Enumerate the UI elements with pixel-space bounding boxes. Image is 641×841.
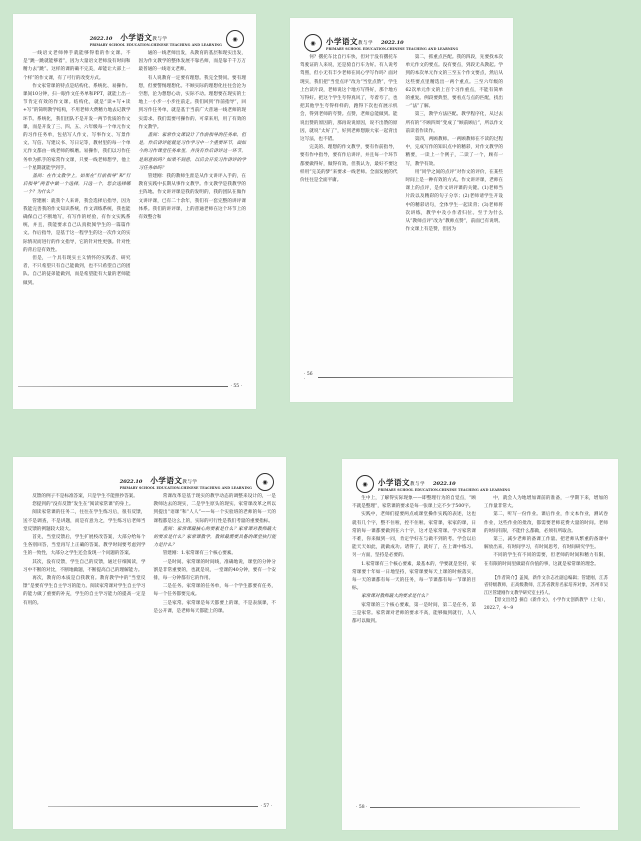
- author-bio: 【作者简介】盖阅，新作文杂志社副总编辑；管建刚，江苏省特级教师，正高级教师，江苏…: [484, 575, 608, 598]
- magazine-title: 小学语文教与学: [120, 32, 167, 43]
- footer-rule: [318, 377, 513, 378]
- interview-question: 家常课对教师最大的要求是什么？: [352, 593, 476, 601]
- paragraph: 第二，听写一份作业。课后作业，作文本作业，测试卷作业，这些作业的批改，都需要老师…: [484, 511, 608, 536]
- paragraph: 一线语文老师伸手就能够得着的作文课。不是“跳一跳就能够着”，因为大量语文老师没有…: [23, 50, 131, 83]
- paragraph: 通的一线老师出发，从教育的基层和现实出发，因为作文教学的整体发展不靠名师，而是靠…: [139, 50, 247, 75]
- page-header: 2022.10 小学语文教与学 PRIMARY SCHOOL EDUCATION…: [120, 473, 274, 491]
- page-number: · 57 ·: [261, 804, 272, 809]
- magazine-logo-icon: ◉: [226, 30, 244, 48]
- paragraph: 第三，减少老师的备课工作量。把老师从繁重的备课中解放出来，有时间学习，有时间思考…: [484, 536, 608, 552]
- paragraph: 反馈的例子不是标准答案，只是学生不能照抄答案。: [23, 493, 146, 501]
- text-column-left: 生中上，了解得实际现象——即整理行为的自觉点，“顾不就是整理”，家常课的要求是每…: [352, 495, 476, 626]
- footer-rule: [48, 806, 258, 807]
- source-citation: 【原文出处】摘自《新作文》，小学作文创新教学（上旬），2022.7，4～9: [484, 597, 608, 612]
- paragraph: 用“同学之间的点评”对作文的评价，在某些时间上是一种有效的方式。作文讲评课，老师…: [406, 169, 504, 235]
- magazine-english-title: PRIMARY SCHOOL EDUCATION.CHINESE TEACHIN…: [120, 486, 252, 490]
- paragraph: 三是家常。家常课是每天都要上的课，不是表演课，不是公开课，是老师每天都能上的课。: [154, 600, 277, 616]
- issue-date: 2022.10: [120, 479, 143, 485]
- magazine-title: 小学语文教与学: [326, 36, 373, 47]
- magazine-english-title: PRIMARY SCHOOL EDUCATION.CHINESE TEACHIN…: [378, 488, 510, 492]
- text-column-left: 何？撂托车比自行车快，但对于没有撂托车驾驶证的人来说，还是骑自行车为好。有人说考…: [300, 54, 398, 234]
- magazine-english-title: PRIMARY SCHOOL EDUCATION.CHINESE TEACHIN…: [326, 47, 458, 51]
- text-column-right: 常课改革是基于现实的教学动态的调整来设计的，一是教师达去的现实，二是学生原头的现…: [154, 493, 277, 616]
- paragraph: 其次，没有反馈，学生自己的反馈，通过仔细阅读，学习中不断的对比，不断地做题，不断…: [23, 559, 146, 575]
- page-footer: · 58 ·: [356, 805, 580, 810]
- issue-date: 2022.10: [381, 40, 404, 46]
- issue-date: 2022.10: [433, 481, 456, 487]
- paragraph: 实践中，老师们提要两点或课堂操作实践的表述，这也就有几个字，整不住啦，控不住啦。…: [352, 511, 476, 560]
- paragraph: 中，就会人为地增加课前的准备，一学期下来，增加的工作量非常大。: [484, 495, 608, 511]
- paragraph: 首先，当堂反馈后，学生扩展校改答案，大部分给每个生各别回答，当堂再写上正确的答案…: [23, 534, 146, 559]
- paragraph: 何？撂托车比自行车快，但对于没有撂托车驾驶证的人来说，还是骑自行车为好。有人说考…: [300, 54, 398, 144]
- text-column-left: 一线语文老师伸手就能够得着的作文课。不是“跳一跳就能够着”，因为大量语文老师没有…: [23, 50, 131, 288]
- magazine-title: 小学语文教与学: [150, 475, 197, 486]
- page-footer: · 55 ·: [18, 384, 242, 389]
- document-page-4: ◉ 小学语文教与学 2022.10 PRIMARY SCHOOL EDUCATI…: [342, 459, 618, 830]
- page-header: 2022.10 小学语文教与学 PRIMARY SCHOOL EDUCATION…: [90, 30, 244, 48]
- magazine-logo-icon: ◉: [356, 475, 374, 493]
- interview-answer: 管建刚：1.家常课有三个核心要素。: [154, 550, 277, 558]
- magazine-logo-icon: ◉: [304, 34, 322, 52]
- document-page-2: ◉ 小学语文教与学 2022.10 PRIMARY SCHOOL EDUCATI…: [290, 18, 513, 402]
- page-number: · 55 ·: [231, 384, 242, 389]
- paragraph: 不同的学生有不同的需要，但老师的时间和精力有限，在有限的时间里做最有价值的事，这…: [484, 552, 608, 568]
- interview-question: 盖阅：在作文教学上，如果在“行前指导”和“行后指导”两者中做一个选择，只选一个，…: [23, 173, 131, 198]
- paragraph: 1.家常课有三个核心要素，最基本的，学要就是坚持，家常课要十年如一日地坚持，家常…: [352, 561, 476, 594]
- footer-rule: [370, 807, 580, 808]
- paragraph: 家常课的三个核心要素，第一是时间，第二是任务，第三是家常。家常课对老师的要求不高…: [352, 602, 476, 627]
- interview-answer: 管建刚：我的教师生涯是从作文讲评入手的，在教育实践中长期从事作文教学。作文教学是…: [139, 173, 247, 222]
- page-header: ◉ 小学语文教与学 2022.10 PRIMARY SCHOOL EDUCATI…: [356, 475, 510, 493]
- paragraph: 完美的、理想的作文教学，要有作前指导，要有作中指导，要有作后讲评，并且每一个环节…: [300, 144, 398, 185]
- footer-rule: [18, 386, 228, 387]
- paragraph: 第三，教学方法匹配。教学程序化，从过去所有的“不顾四周”变成了“顾前顾后”，所以…: [406, 111, 504, 136]
- issue-date: 2022.10: [90, 36, 113, 42]
- page-number: · 58 ·: [356, 805, 367, 810]
- page-header: ◉ 小学语文教与学 2022.10 PRIMARY SCHOOL EDUCATI…: [304, 34, 458, 52]
- paragraph: 二是任务。家常课的任务单，每一个学生都要有任务，每一个任务都要完成。: [154, 583, 277, 599]
- interview-question: 盖阅：家常作文课设计了作前指导的任务单，但是，作后讲评能就是习作学习中一个重要环…: [139, 132, 247, 173]
- paragraph: 但是，一个具有现实主义情怀的实践者、研究者，不只希望只有自己能做到，也不只希望自…: [23, 255, 131, 288]
- page-number: · 56 ·: [304, 372, 315, 382]
- interview-answer: 管建刚：就我个人来讲，我会选择后指导，因为我能完善我的作文知识系统，作文训练系统…: [23, 198, 131, 255]
- document-page-1: 2022.10 小学语文教与学 PRIMARY SCHOOL EDUCATION…: [13, 14, 256, 409]
- paragraph: 再次，教育的本质是自我教育。教育教学中的“当堂反馈”是要有学生自主学习的能力。阅…: [23, 575, 146, 608]
- paragraph: 一是时间。家常课的时间线，准确地说，课堂的分钟分割是非常重要的，也就是说，一堂课…: [154, 559, 277, 584]
- text-column-right: 通的一线老师出发，从教育的基层和现实出发，因为作文教学的整体发展不靠名师，而是靠…: [139, 50, 247, 288]
- magazine-english-title: PRIMARY SCHOOL EDUCATION.CHINESE TEACHIN…: [90, 43, 222, 47]
- magazine-logo-icon: ◉: [256, 473, 274, 491]
- interview-question: 盖阅：家常课最核心的要素是什么？家常课对教师最大的要求是什么？家常课教学，教师最…: [154, 526, 277, 551]
- page-footer: · 56 ·: [304, 372, 513, 382]
- magazine-title: 小学语文教与学: [378, 477, 425, 488]
- text-column-right: 第二，抓重点匹配。我的四段，先要找本次单元作文的要点。没有要点，到段无从教起。学…: [406, 54, 504, 234]
- paragraph: 阅读家常课的任务二，往往在学生练习后，很有反馈，送不是调查，不是讲题，而是有意为…: [23, 509, 146, 534]
- author-references: 【作者简介】盖阅，新作文杂志社副总编辑；管建刚，江苏省特级教师，正高级教师，江苏…: [484, 575, 608, 613]
- paragraph: 作文家常课的特点是结构化、系统化、易操作。课间10分钟，扫一眼作文任务单和PPT…: [23, 83, 131, 173]
- paragraph: 第四，两顾教师。一两顾教师在不读的过程中，完成写作的知识点中的精彩，对作文教学的…: [406, 136, 504, 169]
- paragraph: 生中上，了解得实际现象——即整理行为的自觉点，“顾不就是整理”，家常课的要求是每…: [352, 495, 476, 511]
- page-footer: · 57 ·: [48, 804, 272, 809]
- paragraph: 有人说教育一定要有理想。我完全赞同。要有理想，但要警惕理想化。不顾实际的理想化往…: [139, 75, 247, 132]
- paragraph: 第二，抓重点匹配。我的四段，先要找本次单元作文的要点。没有要点，到段无从教起。学…: [406, 54, 504, 111]
- document-page-3: 2022.10 小学语文教与学 PRIMARY SCHOOL EDUCATION…: [13, 457, 286, 829]
- text-column-right: 中，就会人为地增加课前的准备，一学期下来，增加的工作量非常大。 第二，听写一份作…: [484, 495, 608, 626]
- paragraph: 常课改革是基于现实的教学动态的调整来设计的，一是教师达去的现实，二是学生原头的现…: [154, 493, 277, 526]
- paragraph: 您提到的“没有反馈”发生在“阅读家常课”的身上。: [23, 501, 146, 509]
- text-column-left: 反馈的例子不是标准答案，只是学生不能照抄答案。 您提到的“没有反馈”发生在“阅读…: [23, 493, 146, 616]
